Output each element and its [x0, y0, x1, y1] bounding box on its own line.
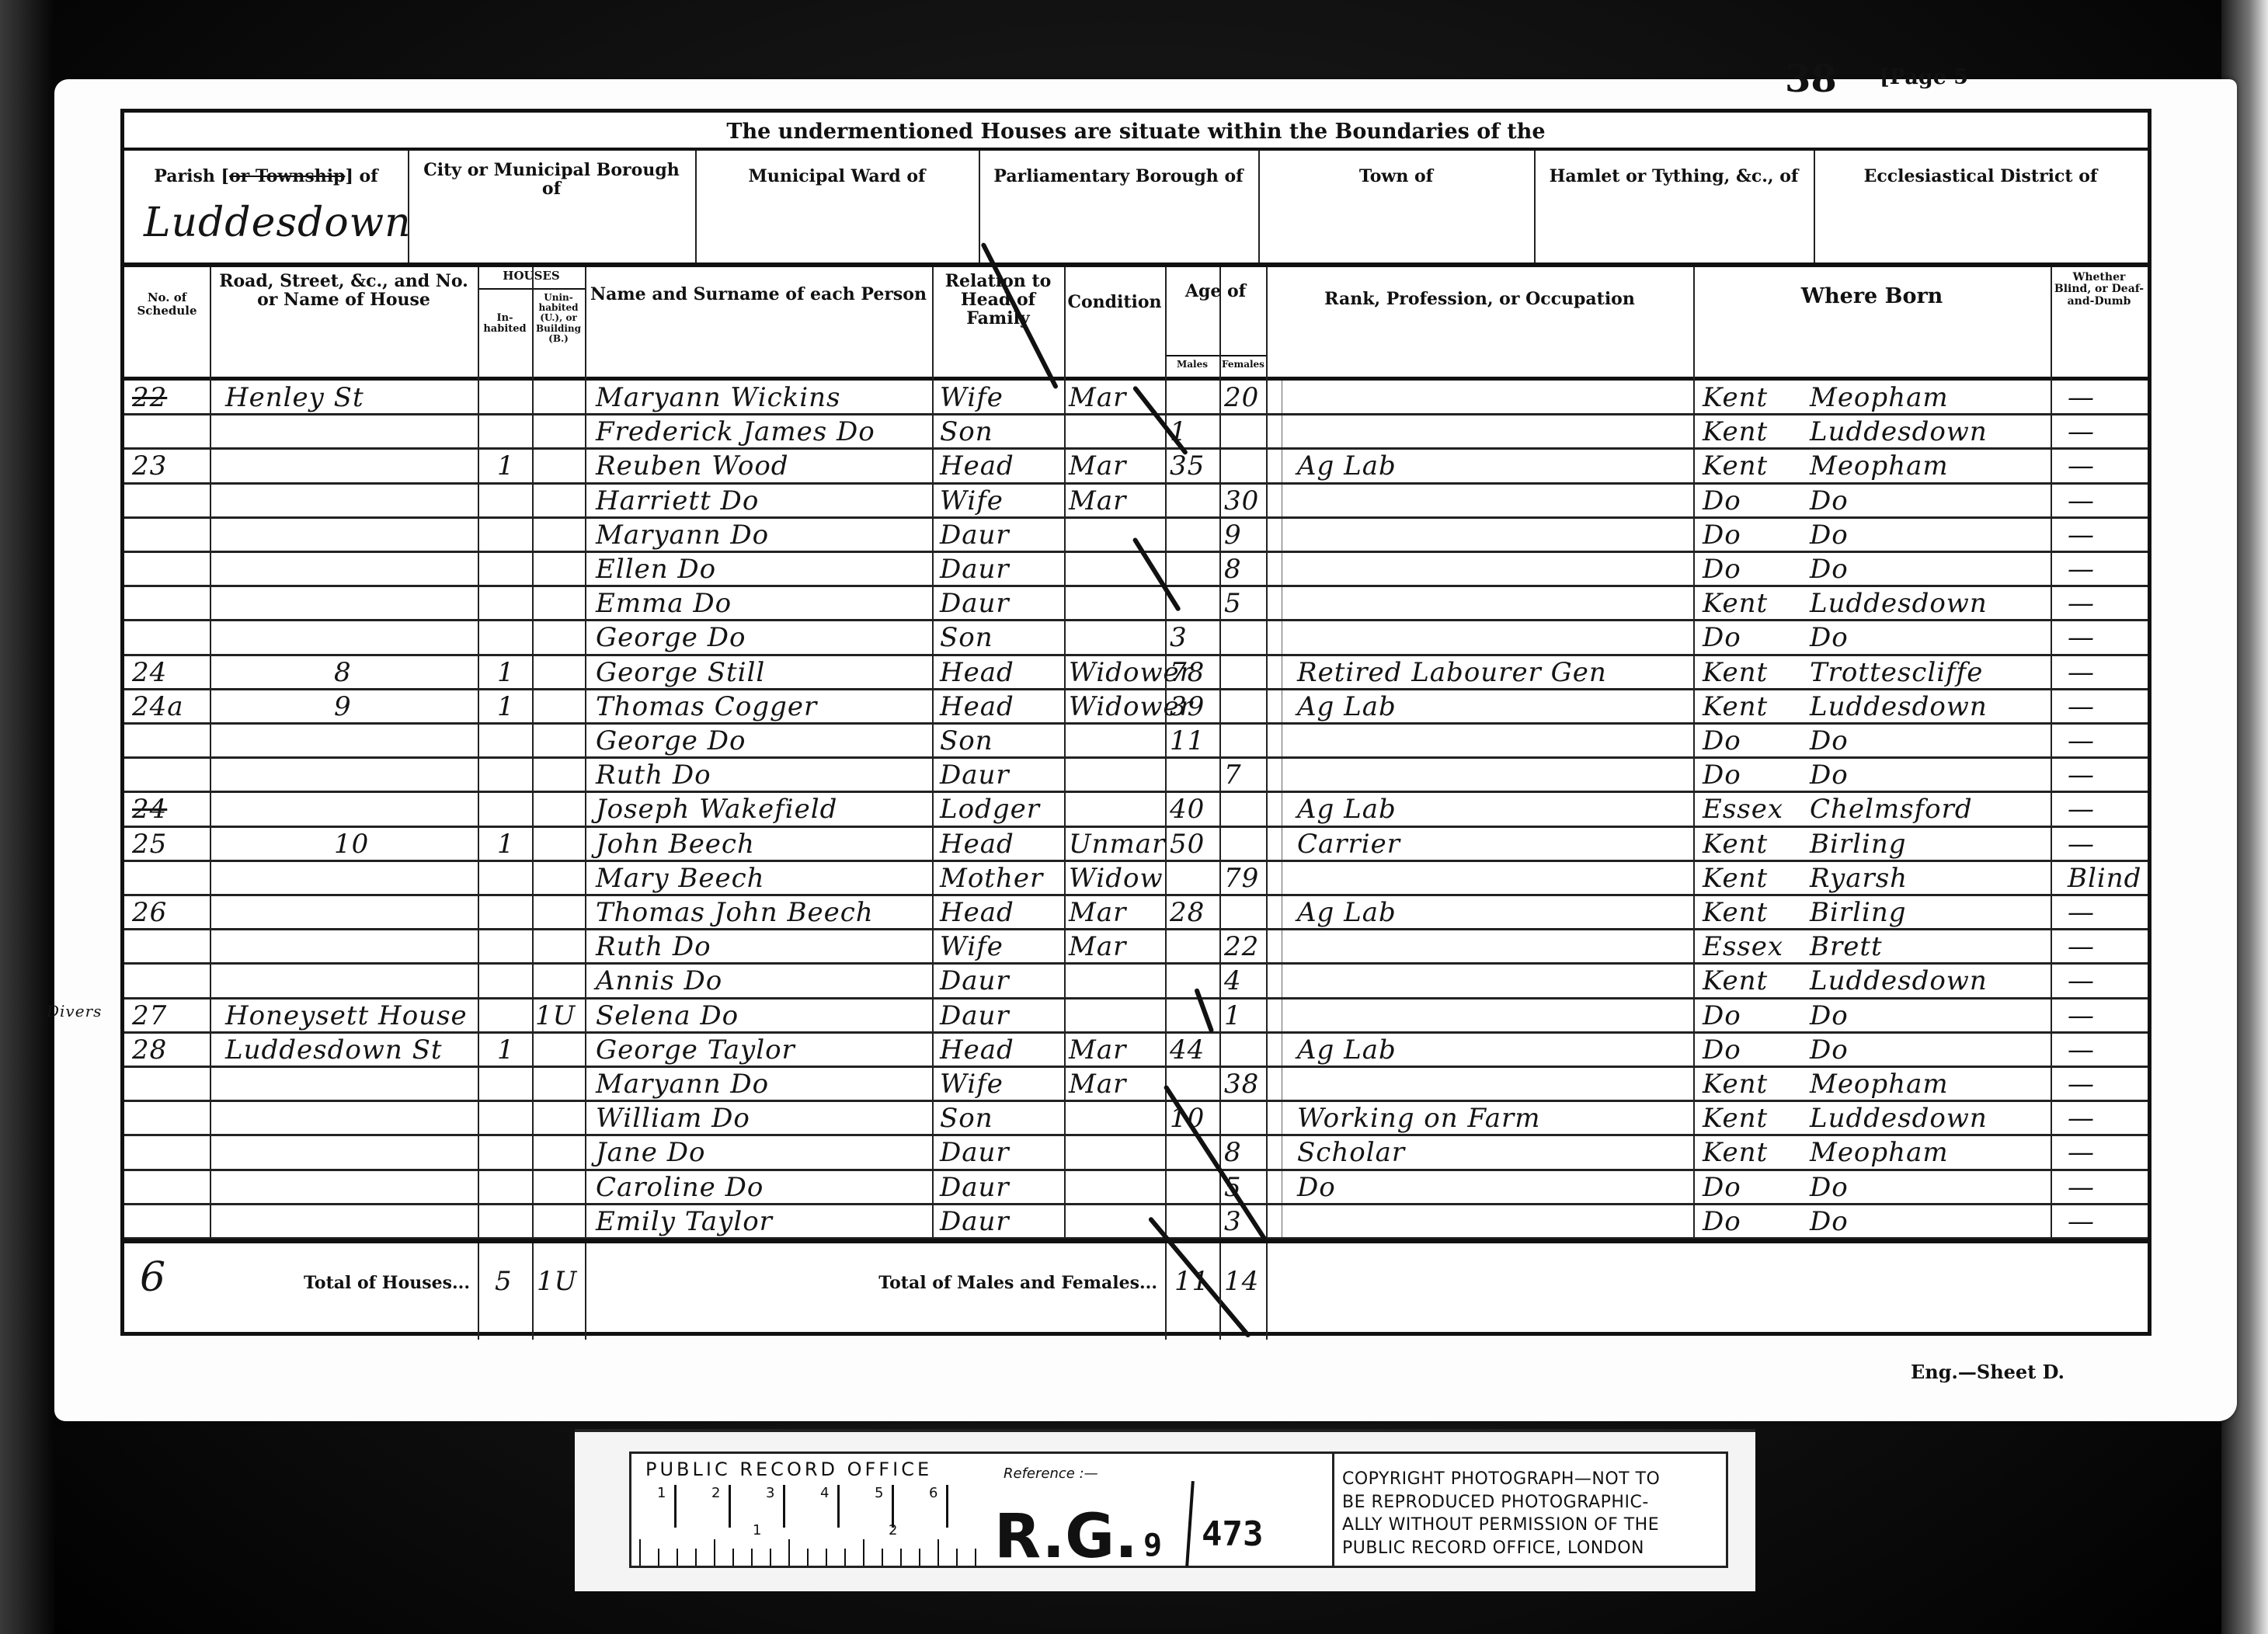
birthplace-parish: Brett: [1810, 931, 1883, 962]
ruler-tick: [788, 1539, 790, 1566]
relation: Head: [940, 897, 1014, 928]
birthplace-parish: Luddesdown: [1810, 416, 1988, 447]
female-age: 8: [1224, 554, 1242, 585]
ruler-number: 4: [820, 1485, 829, 1501]
ruler-tick: [658, 1549, 659, 1566]
birthplace-county: Kent: [1703, 897, 1768, 928]
birthplace-county: Kent: [1703, 657, 1768, 688]
female-age: 9: [1224, 520, 1242, 551]
person-name: Ruth Do: [596, 760, 711, 791]
birthplace-parish: Meopham: [1810, 1137, 1949, 1168]
boundary-label-hamlet: Hamlet or Tything, &c., of: [1540, 167, 1807, 186]
person-name: George Still: [596, 657, 765, 688]
schedule-number: 26: [132, 897, 167, 928]
table-row: Harriett DoWifeMar30DoDo—: [124, 484, 2148, 518]
birthplace-county: Kent: [1703, 863, 1768, 894]
boundary-value-parish: Luddesdown: [144, 200, 412, 246]
reference-label: PUBLIC RECORD OFFICE 12345612 Reference …: [575, 1429, 1755, 1591]
female-age: 1: [1224, 1000, 1242, 1031]
reference-piece: 473: [1202, 1514, 1263, 1554]
condition: Mar: [1069, 382, 1126, 413]
relation: Daur: [940, 554, 1010, 585]
inhabited-count: 1: [497, 657, 515, 688]
schedule-number: 27: [132, 1000, 167, 1031]
ruler-number: 6: [929, 1485, 937, 1501]
header-females: Females: [1222, 360, 1264, 370]
person-name: Thomas John Beech: [596, 897, 874, 928]
relation: Head: [940, 829, 1014, 860]
header-houses: HOUSES: [478, 269, 585, 283]
occupation: Scholar: [1297, 1137, 1405, 1168]
reference-class: R.G.: [994, 1502, 1138, 1572]
female-age: 20: [1224, 382, 1259, 413]
ruler-tick: [732, 1549, 734, 1566]
birthplace-county: Do: [1703, 1206, 1741, 1237]
relation: Head: [940, 1034, 1014, 1066]
ruler-tick: [863, 1539, 864, 1566]
infirmity: —: [2068, 450, 2095, 482]
table-row: Mary BeechMotherWidow79KentRyarshBlind: [124, 861, 2148, 895]
table-row: 24a91Thomas CoggerHeadWidower39Ag LabKen…: [124, 690, 2148, 724]
ruler-tick: [695, 1549, 697, 1566]
birthplace-parish: Do: [1810, 485, 1849, 516]
road-address: 9: [334, 691, 352, 722]
table-row: 27Honeysett House1USelena DoDaur1DoDo—Di…: [124, 999, 2148, 1033]
table-row: 25101John BeechHeadUnmar50CarrierKentBir…: [124, 827, 2148, 861]
occupation: Ag Lab: [1297, 1034, 1397, 1066]
boundaries-header: The undermentioned Houses are situate wi…: [124, 120, 2148, 144]
occupation: Retired Labourer Gen: [1297, 657, 1607, 688]
male-age: 50: [1170, 829, 1205, 860]
person-name: George Do: [596, 622, 746, 653]
table-row: Maryann DoWifeMar38KentMeopham—: [124, 1067, 2148, 1101]
table-row: Emily TaylorDaur3DoDo—: [124, 1205, 2148, 1239]
person-name: Maryann Do: [596, 520, 769, 551]
condition: Mar: [1069, 1034, 1126, 1066]
infirmity: —: [2068, 416, 2095, 447]
header-condition: Condition: [1066, 293, 1163, 311]
birthplace-county: Do: [1703, 520, 1741, 551]
person-name: William Do: [596, 1103, 750, 1134]
condition: Widow: [1069, 863, 1164, 894]
table-row: Jane DoDaur8ScholarKentMeopham—: [124, 1135, 2148, 1170]
infirmity: —: [2068, 725, 2095, 756]
inhabited-count: 1: [497, 450, 515, 482]
birthplace-parish: Do: [1810, 1206, 1849, 1237]
infirmity: —: [2068, 965, 2095, 996]
birthplace-county: Kent: [1703, 691, 1768, 722]
header-inhabited: In-habited: [480, 313, 530, 335]
ruler-tick: [674, 1485, 677, 1528]
road-address: 8: [334, 657, 352, 688]
relation: Wife: [940, 931, 1004, 962]
boundary-label-town: Town of: [1264, 167, 1528, 186]
header-occupation: Rank, Profession, or Occupation: [1268, 290, 1691, 308]
page-label: [Page 5: [1880, 65, 1968, 89]
female-age: 30: [1224, 485, 1259, 516]
relation: Head: [940, 450, 1014, 482]
occupation: Working on Farm: [1297, 1103, 1541, 1134]
copyright-line: PUBLIC RECORD OFFICE, LONDON: [1342, 1537, 1660, 1560]
copyright-box: COPYRIGHT PHOTOGRAPH—NOT TOBE REPRODUCED…: [1332, 1451, 1728, 1568]
schedule-number: 22: [132, 382, 167, 413]
road-address: Luddesdown St: [225, 1034, 443, 1066]
person-name: Caroline Do: [596, 1172, 764, 1203]
birthplace-parish: Luddesdown: [1810, 1103, 1988, 1134]
birthplace-parish: Meopham: [1810, 450, 1949, 482]
total-females: 14: [1224, 1266, 1259, 1297]
birthplace-county: Do: [1703, 622, 1741, 653]
male-age: 39: [1170, 691, 1205, 722]
birthplace-parish: Meopham: [1810, 1069, 1949, 1100]
reference-label-text: Reference :—: [1004, 1465, 1098, 1482]
infirmity: —: [2068, 897, 2095, 928]
relation: Wife: [940, 382, 1004, 413]
person-name: Annis Do: [596, 965, 722, 996]
relation: Mother: [940, 863, 1043, 894]
ruler-tick: [956, 1549, 958, 1566]
female-age: 22: [1224, 931, 1259, 962]
inhabited-count: 1: [497, 1034, 515, 1066]
census-page: 38 [Page 5 The undermentioned Houses are…: [54, 79, 2237, 1421]
infirmity: —: [2068, 520, 2095, 551]
female-age: 7: [1224, 760, 1242, 791]
condition: Mar: [1069, 450, 1126, 482]
infirmity: —: [2068, 931, 2095, 962]
infirmity: —: [2068, 794, 2095, 825]
infirmity: —: [2068, 1172, 2095, 1203]
relation: Daur: [940, 965, 1010, 996]
birthplace-parish: Do: [1810, 725, 1849, 756]
male-age: 35: [1170, 450, 1205, 482]
birthplace-county: Kent: [1703, 1137, 1768, 1168]
boundary-label-ecclesiastical-district: Ecclesiastical District of: [1820, 167, 2141, 186]
office-name: PUBLIC RECORD OFFICE: [645, 1458, 932, 1480]
relation: Daur: [940, 1000, 1010, 1031]
table-row: 26Thomas John BeechHeadMar28Ag LabKentBi…: [124, 895, 2148, 930]
person-name: Joseph Wakefield: [596, 794, 837, 825]
birthplace-county: Do: [1703, 760, 1741, 791]
ruler-tick: [837, 1485, 840, 1528]
table-row: 231Reuben WoodHeadMar35Ag LabKentMeopham…: [124, 449, 2148, 483]
infirmity: —: [2068, 554, 2095, 585]
relation: Wife: [940, 1069, 1004, 1100]
schedule-number: 23: [132, 450, 167, 482]
birthplace-county: Kent: [1703, 1103, 1768, 1134]
ruler-tick: [751, 1549, 753, 1566]
schedule-number: 24a: [132, 691, 184, 722]
condition: Mar: [1069, 485, 1126, 516]
birthplace-parish: Birling: [1810, 829, 1907, 860]
birthplace-county: Do: [1703, 1172, 1741, 1203]
birthplace-parish: Do: [1810, 1000, 1849, 1031]
relation: Daur: [940, 1172, 1010, 1203]
occupation: Ag Lab: [1297, 450, 1397, 482]
birthplace-parish: Luddesdown: [1810, 965, 1988, 996]
birthplace-parish: Birling: [1810, 897, 1907, 928]
ruler-tick: [783, 1485, 785, 1528]
ruler-tick: [882, 1549, 883, 1566]
infirmity: —: [2068, 1103, 2095, 1134]
ruler-tick: [937, 1539, 939, 1566]
person-name: Ruth Do: [596, 931, 711, 962]
person-name: Maryann Do: [596, 1069, 769, 1100]
ruler-tick: [975, 1549, 976, 1566]
relation: Daur: [940, 1206, 1010, 1237]
condition: Mar: [1069, 931, 1126, 962]
ruler-number: 5: [875, 1485, 883, 1501]
birthplace-parish: Ryarsh: [1810, 863, 1908, 894]
ruler-number: 2: [889, 1522, 897, 1538]
female-age: 4: [1224, 965, 1242, 996]
infirmity: —: [2068, 622, 2095, 653]
ruler-number: 2: [711, 1485, 720, 1501]
birthplace-parish: Luddesdown: [1810, 588, 1988, 619]
table-row: 2481George StillHeadWidower78Retired Lab…: [124, 655, 2148, 690]
header-road: Road, Street, &c., and No. or Name of Ho…: [212, 272, 475, 309]
condition: Mar: [1069, 897, 1126, 928]
table-row: 28Luddesdown St1George TaylorHeadMar44Ag…: [124, 1033, 2148, 1067]
male-age: 3: [1170, 622, 1188, 653]
birthplace-county: Kent: [1703, 382, 1768, 413]
table-row: Caroline DoDaur5DoDoDo—: [124, 1170, 2148, 1205]
birthplace-parish: Do: [1810, 520, 1849, 551]
ruler-number: 1: [753, 1522, 761, 1538]
ruler-tick: [900, 1549, 902, 1566]
ruler-tick: [677, 1549, 678, 1566]
occupation: Do: [1297, 1172, 1336, 1203]
ruler-tick: [826, 1549, 827, 1566]
female-age: 8: [1224, 1137, 1242, 1168]
birthplace-parish: Luddesdown: [1810, 691, 1988, 722]
infirmity: —: [2068, 1034, 2095, 1066]
condition: Mar: [1069, 1069, 1126, 1100]
infirmity: —: [2068, 760, 2095, 791]
road-address: Honeysett House: [225, 1000, 468, 1031]
table-row: Emma DoDaur5KentLuddesdown—: [124, 586, 2148, 621]
header-males: Males: [1167, 360, 1217, 370]
scan-edge-left: [0, 0, 54, 1634]
person-name: Harriett Do: [596, 485, 759, 516]
table-row: William DoSon10Working on FarmKentLuddes…: [124, 1101, 2148, 1135]
person-name: John Beech: [596, 829, 755, 860]
ruler-tick: [919, 1549, 920, 1566]
infirmity: —: [2068, 1206, 2095, 1237]
relation: Lodger: [940, 794, 1040, 825]
header-uninhabited: Unin-habited (U.), or Building (B.): [534, 293, 583, 344]
birthplace-parish: Do: [1810, 1172, 1849, 1203]
infirmity: Blind: [2068, 863, 2141, 894]
schedules-count: 6: [140, 1254, 166, 1301]
reference-series: 9: [1143, 1528, 1162, 1563]
copyright-line: ALLY WITHOUT PERMISSION OF THE: [1342, 1514, 1660, 1537]
ruler-number: 1: [657, 1485, 666, 1501]
person-name: Jane Do: [596, 1137, 705, 1168]
infirmity: —: [2068, 657, 2095, 688]
infirmity: —: [2068, 588, 2095, 619]
header-name: Name and Surname of each Person: [587, 285, 930, 304]
male-age: 11: [1170, 725, 1205, 756]
relation: Son: [940, 725, 993, 756]
infirmity: —: [2068, 1137, 2095, 1168]
birthplace-county: Kent: [1703, 829, 1768, 860]
birthplace-parish: Do: [1810, 1034, 1849, 1066]
ruler-tick: [844, 1549, 846, 1566]
birthplace-parish: Do: [1810, 554, 1849, 585]
birthplace-county: Kent: [1703, 965, 1768, 996]
relation: Son: [940, 1103, 993, 1134]
female-age: 38: [1224, 1069, 1259, 1100]
relation: Head: [940, 691, 1014, 722]
boundary-label-municipal-ward: Municipal Ward of: [701, 167, 972, 186]
ruler-number: 3: [766, 1485, 774, 1501]
table-row: Ellen DoDaur8DoDo—: [124, 552, 2148, 586]
person-name: Selena Do: [596, 1000, 739, 1031]
header-age: Age of: [1165, 282, 1266, 301]
boundary-label-parish: Parish [or Township] of: [130, 167, 402, 186]
infirmity: —: [2068, 485, 2095, 516]
schedule-number: 28: [132, 1034, 167, 1066]
condition: Unmar: [1069, 829, 1165, 860]
male-age: 28: [1170, 897, 1205, 928]
infirmity: —: [2068, 1069, 2095, 1100]
table-row: George DoSon3DoDo—: [124, 621, 2148, 655]
inhabited-count: 1: [497, 829, 515, 860]
copyright-notice: COPYRIGHT PHOTOGRAPH—NOT TOBE REPRODUCED…: [1342, 1468, 1660, 1560]
folio-number: 38: [1785, 57, 1837, 101]
ruler-tick: [892, 1485, 894, 1528]
uninhabited-count: 1U: [535, 1000, 576, 1031]
ruler-tick: [714, 1539, 715, 1566]
infirmity: —: [2068, 829, 2095, 860]
reference-divider: [1185, 1481, 1195, 1566]
census-form-table: The undermentioned Houses are situate wi…: [120, 109, 2151, 1336]
occupation: Ag Lab: [1297, 794, 1397, 825]
table-row: George DoSon11DoDo—: [124, 724, 2148, 758]
header-schedule: No. of Schedule: [127, 291, 207, 317]
infirmity: —: [2068, 1000, 2095, 1031]
ruler-tick: [770, 1549, 771, 1566]
relation: Son: [940, 416, 993, 447]
header-infirmity: Whether Blind, or Deaf-and-Dumb: [2053, 272, 2145, 308]
person-name: Reuben Wood: [596, 450, 789, 482]
ruler-tick: [946, 1485, 948, 1528]
birthplace-county: Kent: [1703, 450, 1768, 482]
schedule-number: 24: [132, 794, 167, 825]
boundary-label-parliamentary-borough: Parliamentary Borough of: [985, 167, 1252, 186]
sheet-footer: Eng.—Sheet D.: [1911, 1361, 2065, 1383]
total-males: 11: [1174, 1266, 1209, 1297]
relation: Daur: [940, 1137, 1010, 1168]
birthplace-county: Do: [1703, 725, 1741, 756]
header-relation: Relation to Head of Family: [934, 272, 1062, 329]
table-row: Ruth DoWifeMar22EssexBrett—: [124, 930, 2148, 964]
ruler-tick: [807, 1549, 809, 1566]
person-name: Maryann Wickins: [596, 382, 841, 413]
birthplace-county: Do: [1703, 554, 1741, 585]
relation: Daur: [940, 760, 1010, 791]
road-address: Henley St: [225, 382, 364, 413]
boundary-label-city-borough: City or Municipal Borough of: [414, 161, 689, 198]
ruler-tick: [729, 1485, 731, 1528]
person-name: Thomas Cogger: [596, 691, 817, 722]
birthplace-county: Essex: [1703, 931, 1783, 962]
infirmity: —: [2068, 382, 2095, 413]
copyright-line: BE REPRODUCED PHOTOGRAPHIC-: [1342, 1491, 1660, 1514]
ruler-tick: [639, 1539, 641, 1566]
margin-note: Divers: [47, 1002, 102, 1020]
birthplace-county: Essex: [1703, 794, 1783, 825]
relation: Son: [940, 622, 993, 653]
table-row: Annis DoDaur4KentLuddesdown—: [124, 964, 2148, 998]
birthplace-county: Kent: [1703, 1069, 1768, 1100]
birthplace-county: Kent: [1703, 416, 1768, 447]
total-persons-label: Total of Males and Females...: [585, 1274, 1157, 1292]
person-name: George Taylor: [596, 1034, 795, 1066]
person-name: Emily Taylor: [596, 1206, 773, 1237]
relation: Head: [940, 657, 1014, 688]
female-age: 3: [1224, 1206, 1242, 1237]
total-houses-uninhabited: 1U: [537, 1266, 577, 1297]
male-age: 44: [1170, 1034, 1205, 1066]
relation: Wife: [940, 485, 1004, 516]
reference-box: Reference :— R.G. 9 473: [988, 1451, 1334, 1568]
person-name: Mary Beech: [596, 863, 765, 894]
copyright-line: COPYRIGHT PHOTOGRAPH—NOT TO: [1342, 1468, 1660, 1491]
male-age: 40: [1170, 794, 1205, 825]
female-age: 79: [1224, 863, 1259, 894]
schedule-number: 24: [132, 657, 167, 688]
birthplace-parish: Trottescliffe: [1810, 657, 1983, 688]
birthplace-county: Do: [1703, 1034, 1741, 1066]
occupation: Ag Lab: [1297, 897, 1397, 928]
birthplace-county: Kent: [1703, 588, 1768, 619]
person-name: Emma Do: [596, 588, 732, 619]
total-houses-inhabited: 5: [495, 1266, 513, 1297]
relation: Daur: [940, 588, 1010, 619]
table-row: Ruth DoDaur7DoDo—: [124, 758, 2148, 792]
table-row: Frederick James DoSon1KentLuddesdown—: [124, 415, 2148, 449]
infirmity: —: [2068, 691, 2095, 722]
birthplace-parish: Chelmsford: [1810, 794, 1973, 825]
birthplace-parish: Meopham: [1810, 382, 1949, 413]
table-row: 24Joseph WakefieldLodger40Ag LabEssexChe…: [124, 792, 2148, 826]
male-age: 78: [1170, 657, 1205, 688]
occupation: Carrier: [1297, 829, 1400, 860]
birthplace-county: Do: [1703, 1000, 1741, 1031]
person-name: Ellen Do: [596, 554, 716, 585]
inhabited-count: 1: [497, 691, 515, 722]
header-where-born: Where Born: [1696, 285, 2048, 308]
person-name: Frederick James Do: [596, 416, 875, 447]
road-address: 10: [334, 829, 369, 860]
pro-ruler-box: PUBLIC RECORD OFFICE 12345612: [629, 1451, 990, 1568]
relation: Daur: [940, 520, 1010, 551]
female-age: 5: [1224, 588, 1242, 619]
schedule-number: 25: [132, 829, 167, 860]
birthplace-county: Do: [1703, 485, 1741, 516]
occupation: Ag Lab: [1297, 691, 1397, 722]
birthplace-parish: Do: [1810, 622, 1849, 653]
person-name: George Do: [596, 725, 746, 756]
total-houses-label: Total of Houses...: [210, 1274, 470, 1292]
birthplace-parish: Do: [1810, 760, 1849, 791]
table-row: Maryann DoDaur9DoDo—: [124, 518, 2148, 552]
